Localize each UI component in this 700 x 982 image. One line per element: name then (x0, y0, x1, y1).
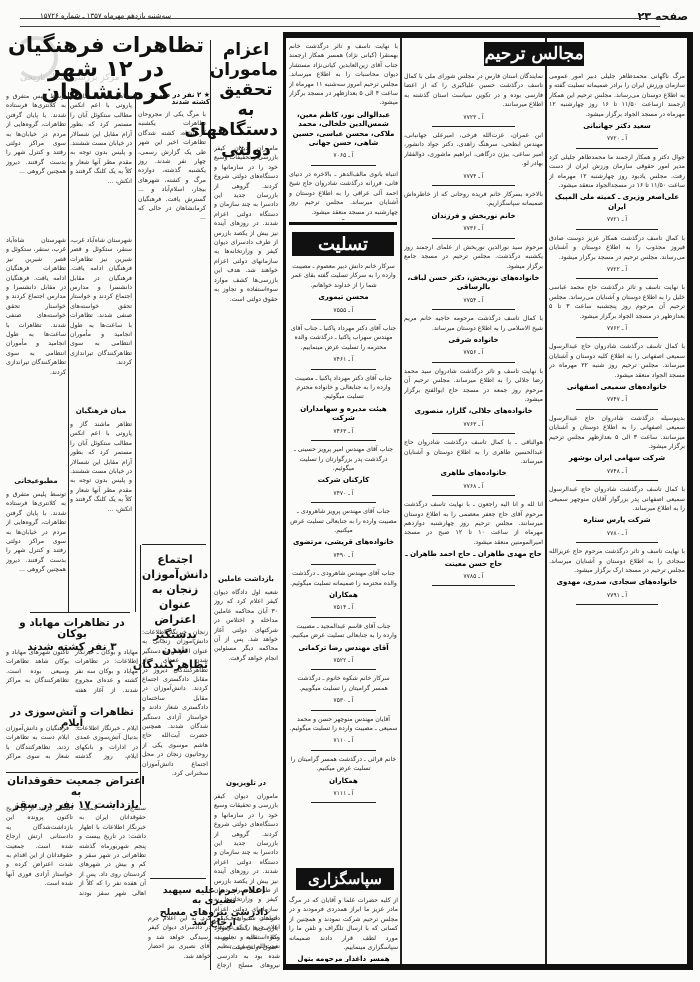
notice-signature: شرکت پارس ستاره (549, 516, 685, 525)
memorials-banner-text: مجالس ترحیم (484, 44, 583, 64)
notice-code: آ ـ ۷۴۹۰ (289, 551, 398, 560)
notice-divider (576, 480, 658, 481)
kermanshah-body-col3: توسط پلیس متفرق و به کلانتری‌ها فرستاده … (6, 92, 66, 232)
notice-text: بدینوسیله درگذشت شادروان حاج عبدالرسول س… (549, 414, 685, 452)
notice-divider (576, 409, 658, 410)
gratitude-signature: همسر داغدار مرحومه بتول جعفرزاده (289, 955, 398, 962)
notice-signature: خانواده‌های قریشی، مرتضوی (289, 538, 398, 547)
condolence-banner: تسلیت (292, 232, 394, 256)
notice-divider (311, 564, 376, 565)
notice-text: جوال دکتر و همکار ارجمند ما محمدطاهر جلی… (549, 153, 685, 191)
notice-divider (432, 309, 515, 310)
notice-code: آ ـ ۷۰۶۵ (289, 151, 398, 160)
column-rule (140, 545, 141, 805)
memorials-frame-right (687, 32, 693, 970)
notice-code: آ ـ ۷۴۶۱ (289, 355, 398, 364)
notice-code: آ ـ ۷۷۳۶ (404, 224, 543, 233)
notice-divider (311, 669, 376, 670)
kermanshah-body-lower-col3b: توسط پلیس متفرق و به کلانتری‌ها فرستاده … (6, 490, 66, 610)
notice-signature: خانواده‌های نوربخش، دکتر حسن لباف، بالرس… (404, 274, 543, 293)
notice-item: مرحوم سید نورالدین نوربخش از علمای ارجمن… (404, 243, 543, 310)
gratitude-text: از کلیه حضرات علما و آقایان که در مرگ ما… (289, 896, 398, 952)
notice-text: انا لله و انا الیه راجعون ـ با نهایت تاس… (404, 500, 543, 547)
notice-text: با کمال تاسف درگذشت مرحومه حاجیه خانم مر… (404, 314, 543, 333)
notice-item: سرکار خانم دانش دبیر معصوم ـ مصیبت وارده… (289, 262, 398, 320)
notice-text: انتباه بانوی مالف‌الدهر ـ بالاخره در دنی… (289, 170, 398, 217)
notice-code: آ ـ ۷۷۸۵ (404, 572, 543, 581)
condolence-banner-text: تسلیت (318, 234, 368, 255)
notice-text: با نهایت تاسف و تاثر درگذشت حاج محمد عبا… (549, 283, 685, 321)
kermanshah-body-col2: تظاهر ماشند گاز و پاروتی با اعم انکس مطا… (70, 92, 132, 232)
notice-item: جوال دکتر و همکار ارجمند ما محمدطاهر جلی… (549, 153, 685, 230)
notice-signature: خانواده شرقی (404, 336, 543, 345)
notice-code: آ ـ ۷۵۵۵ (289, 306, 398, 315)
notice-signature: سعید دکتر جهانبانی (549, 122, 685, 131)
notice-code: آ ـ ۷۷۶۲ (549, 324, 685, 333)
zanjan-body: زنجان ـ خبرنگار اطلاعات: دانش‌آموزان زنج… (142, 628, 208, 808)
notice-divider (311, 319, 376, 320)
notice-code: آ ـ ۷۷۴۷ (549, 395, 685, 404)
notice-text: آقایان مهندس منوچهر حسن و محمد سمیعی ـ م… (289, 715, 398, 734)
notice-item: جناب آقای مهندس شاهرودی ـ درگذشت والده م… (289, 569, 398, 618)
memorials-frame-left (283, 32, 286, 970)
investigation-subhead-1: بازداشت عاملین (214, 576, 278, 583)
memorials-col-left: با نهایت تاسف و تاثر درگذشت خانم بهمنقرا… (289, 42, 398, 220)
notice-code: آ ـ ۷۷۲۲ (549, 265, 685, 274)
notice-code: آ ـ ۷۵۲۲ (289, 656, 398, 665)
page-number: صفحه ۲۳ (638, 10, 688, 23)
notice-divider (311, 369, 376, 370)
notice-divider (311, 802, 376, 803)
notice-divider (432, 585, 515, 586)
kermanshah-subhead: ★ ۲ نفر در دورود کشته شدند (138, 92, 210, 107)
notice-item: با کمال تاسف درگذشت مرحومه حاجیه خانم مر… (404, 314, 543, 363)
saqqez-headline-line1: اعتراض جمعیت حقوقدانان به (6, 776, 146, 798)
notice-divider (311, 165, 376, 166)
notice-signature: خانواده‌های سمیعی اصفهانی (549, 383, 685, 392)
memorials-col-mid: نمایندگان استان فارس در مجلس شورای ملی ب… (404, 72, 543, 962)
notice-item: بالاخره بسرکار خانم فریده روحانی که از خ… (404, 190, 543, 239)
investigation-subhead-2: در تلویزیون (214, 780, 278, 787)
notice-code: آ ـ ۷۷۹۱ (549, 591, 685, 600)
column-rule (400, 38, 402, 964)
notice-divider (311, 440, 376, 441)
notice-divider (432, 433, 515, 434)
notice-divider (432, 126, 515, 127)
notice-text: جناب آقای مهندس پرویز شاهرودی ـ مصیبت وا… (289, 507, 398, 535)
notice-item: نمایندگان استان فارس در مجلس شورای ملی ب… (404, 72, 543, 127)
notice-item: بدینوسیله درگذشت شادروان حاج عبدالرسول س… (549, 414, 685, 481)
notice-code: آ ـ ۷۴۷۰ (289, 489, 398, 498)
kermanshah-body-col1: با مرگ یکی از مجروحان تظاهرات یکشنبه کرم… (138, 110, 206, 520)
notice-divider (576, 148, 658, 149)
notice-text: با کمال تاسف درگذشت شادروان حاج عبدالرسو… (549, 485, 685, 513)
memorials-col-right: مرگ ناگهانی محمدطاهر جلیلی دبیر امور عمو… (549, 72, 685, 962)
gratitude-banner-text: سپاسگزاری (308, 870, 382, 888)
notice-code: آ ـ ۷۷۵۴ (404, 296, 543, 305)
notice-signature: شرکت سهامی ایران بوشهر (549, 454, 685, 463)
kermanshah-side-subhead-2: مطبوعیخانی (6, 478, 66, 485)
memorials-frame-top (283, 32, 693, 38)
notice-item: سرکار خانم شکوه خانوم ـ درگذشت همسر گرام… (289, 674, 398, 710)
column-rule (68, 92, 69, 612)
saqqez-body: سنندج ـ جمعیت حقوقدانان ایران به خبرنگار… (6, 804, 146, 974)
gratitude-banner: سپاسگزاری (296, 868, 394, 890)
notice-divider (311, 617, 376, 618)
nasiri-rule (150, 878, 206, 879)
notice-code: آ ـ ۷۷۷۴ (404, 172, 543, 181)
masthead-rule-bottom (20, 26, 660, 27)
notice-signature: همکاران (289, 591, 398, 600)
notice-text: هوالباقی ـ با کمال تاسف درگذشت شادروان ح… (404, 438, 543, 466)
notice-code: آ ـ ۷۵۱۴ (289, 603, 398, 612)
notice-signature: عبدالوالی نور، کاظم معین، شمس‌الدین خلخا… (289, 111, 398, 149)
notice-item: با نهایت تاسف و تاثر درگذشت خانم بهمنقرا… (289, 42, 398, 166)
notice-text: نمایندگان استان فارس در مجلس شورای ملی ب… (404, 72, 543, 110)
notice-signature: آقای مهندس رضا ترکمانی (289, 644, 398, 653)
notice-signature: خانم نوربخش و فرزندان (404, 212, 543, 221)
notice-item: جناب آقای مهندس امیر پرویز حسینی ـ درگذش… (289, 445, 398, 503)
notice-divider (576, 542, 658, 543)
nasiri-headline-line1: اعلام جرم علیه سپهبد نصیری به (148, 886, 280, 906)
notice-divider (576, 278, 658, 279)
notice-item: با نهایت تاسف و تاثر درگذشت مرحوم حاج عز… (549, 547, 685, 605)
column-rule (545, 38, 547, 964)
notice-item: جناب آقای مهندس پرویز شاهرودی ـ مصیبت وا… (289, 507, 398, 565)
condolence-rule (289, 222, 397, 225)
notice-signature: علی‌اصغر وزیری ـ کمیته ملی المپیک ایران (549, 193, 685, 212)
notice-signature: محسن تیموری (289, 293, 398, 302)
notice-signature: هیئت مدیره و سهامداران شرکت (289, 405, 398, 424)
zanjan-rule (142, 544, 206, 545)
notice-text: ابن عمران، عزت‌الله فرخی، امیرعلی جهانبا… (404, 131, 543, 169)
notice-text: با نهایت تاسف و تاثر درگذشت خانم بهمنقرا… (289, 42, 398, 108)
notice-item: با کمال تاسف درگذشت شادروان حاج عبدالرسو… (549, 342, 685, 409)
column-rule (210, 40, 211, 970)
notice-item: با کمال تاسف درگذشت همکار عزیز دوست صادق… (549, 234, 685, 280)
notice-code: آ ـ ۷۴۶۳ (289, 427, 398, 436)
notice-signature: خانواده‌های سجادی، صدری، مهدوی (549, 578, 685, 587)
notice-text: با کمال تاسف درگذشت شادروان حاج عبدالرسو… (549, 342, 685, 380)
notice-text: با کمال تاسف درگذشت همکار عزیز دوست صادق… (549, 234, 685, 262)
notice-divider (576, 337, 658, 338)
notice-text: خانم قرائی ـ درگذشت همسر گرامیتان را تسل… (289, 755, 398, 774)
memorials-banner: مجالس ترحیم (484, 42, 584, 66)
notice-item: آقایان مهندس منوچهر حسن و محمد سمیعی ـ م… (289, 715, 398, 751)
masthead-rule-top (20, 18, 660, 19)
notice-item: جناب آقای قاسم عبدالمجید ـ مصیبت وارده ر… (289, 622, 398, 671)
column-rule (135, 92, 136, 612)
notice-item: ابن عمران، عزت‌الله فرخی، امیرعلی جهانبا… (404, 131, 543, 186)
notice-text: جناب آقای مهندس امیر پرویز حسینی ـ درگذش… (289, 445, 398, 473)
notice-text: مرگ ناگهانی محمدطاهر جلیلی دبیر امور عمو… (549, 72, 685, 119)
notice-divider (576, 229, 658, 230)
notice-text: مرحوم سید نورالدین نوربخش از علمای ارجمن… (404, 243, 543, 271)
kermanshah-side-subhead-1: میان فرهنگیان (70, 408, 132, 415)
ilam-rule (6, 772, 138, 773)
notice-item: با نهایت تاسف و تاثر درگذشت حاج محمد عبا… (549, 283, 685, 338)
kermanshah-headline-line1: تظاهرات فرهنگیان (6, 34, 206, 56)
notice-signature: همکاران (289, 777, 398, 786)
notice-code: آ ـ ۷۷۶۸ (404, 482, 543, 491)
notice-text: جناب آقای دکتر مهرداد پاکنیا ـ مصیبت وار… (289, 374, 398, 402)
notice-signature: خانواده‌های طاهری (404, 469, 543, 478)
notice-divider (311, 750, 376, 751)
investigation-body: ماموران دیوان کیفر بازرسی و تحقیقات وسیع… (214, 144, 278, 554)
notice-text: جناب آقای قاسم عبدالمجید ـ مصیبت وارده ر… (289, 622, 398, 641)
notice-item: خانم قرائی ـ درگذشت همسر گرامیتان را تسل… (289, 755, 398, 804)
memorials-frame-bottom (283, 964, 693, 970)
notice-divider (576, 604, 658, 605)
notice-item: جناب آقای دکتر مهرداد پاکنیا ـ جناب آقای… (289, 324, 398, 370)
notice-text: بالاخره بسرکار خانم فریده روحانی که از خ… (404, 190, 543, 209)
notice-code: آ ـ ۷۷۲۰ (549, 134, 685, 143)
mahabad-rule (30, 612, 130, 613)
notice-divider (432, 362, 515, 363)
notice-code: آ ـ ۷۷۲۳ (404, 113, 543, 122)
mahabad-body: مهاباد و بوکان ـ خبرنگار اطلاعات: در تظا… (6, 648, 138, 702)
ilam-body: ایلام ـ خبرنگار اطلاعات: بدنبال آتش‌سوزی… (6, 724, 138, 770)
investigation-body-2: شعبه اول دادگاه دیوان کیفر اعلام کرد که … (214, 588, 278, 778)
notice-item: مرگ ناگهانی محمدطاهر جلیلی دبیر امور عمو… (549, 72, 685, 149)
notice-item: با کمال تاسف درگذشت شادروان حاج عبدالرسو… (549, 485, 685, 543)
mahabad-headline-line1: در تظاهرات مهاباد و بوکان (6, 618, 138, 640)
notice-code: آ ـ ۷۱۱۱ (289, 789, 398, 798)
notice-divider (311, 710, 376, 711)
investigation-headline: اعزام ماموران تحقیق به دستگاههای دولتی (214, 40, 278, 160)
notice-divider (432, 185, 515, 186)
notice-text: سرکار خانم دانش دبیر معصوم ـ مصیبت وارده… (289, 262, 398, 290)
notice-item: انا لله و انا الیه راجعون ـ با نهایت تاس… (404, 500, 543, 586)
notice-text: جناب آقای دکتر مهرداد پاکنیا ـ جناب آقای… (289, 324, 398, 352)
notice-text: با نهایت تاسف و تاثر درگذشت شادروان سید … (404, 367, 543, 405)
notice-code: آ ـ ۷۱۱۰ (289, 736, 398, 745)
nasiri-body: دادستان دیوان کیفر اعلام جرم را که توسط … (148, 914, 280, 976)
notice-code: آ ـ ۷۷۸۰ (549, 529, 685, 538)
notice-divider (432, 495, 515, 496)
condolences-list: سرکار خانم دانش دبیر معصوم ـ مصیبت وارده… (289, 262, 398, 862)
kermanshah-body-lower-col2: شهرستان شاه‌آباد غرب، سنقر، ستکوئل و قصر… (70, 236, 132, 404)
notice-code: آ ـ ۷۷۴۸ (549, 467, 685, 476)
notice-code: آ ـ ۷۷۲۱ (549, 215, 685, 224)
notice-item: با نهایت تاسف و تاثر درگذشت شادروان سید … (404, 367, 543, 434)
kermanshah-body-lower-col2b: تظاهر ماشند گاز و پاروتی با اعم انکس مطا… (70, 420, 132, 520)
notice-signature: کارکنان شرکت (289, 476, 398, 485)
notice-divider (432, 238, 515, 239)
notice-signature: حاج مهدی طاهران ـ حاج احمد طاهران ـ حاج … (404, 550, 543, 569)
notice-item: جناب آقای دکتر مهرداد پاکنیا ـ مصیبت وار… (289, 374, 398, 441)
notice-code: آ ـ ۷۷۵۶ (404, 348, 543, 357)
notice-signature: خانواده‌های جلالی، گلزار، منصوری (404, 407, 543, 416)
notice-text: با نهایت تاسف و تاثر درگذشت مرحوم حاج عز… (549, 547, 685, 575)
notice-text: جناب آقای مهندس شاهرودی ـ درگذشت والده م… (289, 569, 398, 588)
notice-code: آ ـ ۷۷۶۳ (404, 420, 543, 429)
gratitude-body: از کلیه حضرات علما و آقایان که در مرگ ما… (289, 896, 398, 962)
notice-text: سرکار خانم شکوه خانوم ـ درگذشت همسر گرام… (289, 674, 398, 693)
notice-divider (311, 502, 376, 503)
notice-item: هوالباقی ـ با کمال تاسف درگذشت شادروان ح… (404, 438, 543, 496)
notice-code: آ ـ ۷۵۳۰ (289, 696, 398, 705)
notice-item: انتباه بانوی مالف‌الدهر ـ بالاخره در دنی… (289, 170, 398, 220)
